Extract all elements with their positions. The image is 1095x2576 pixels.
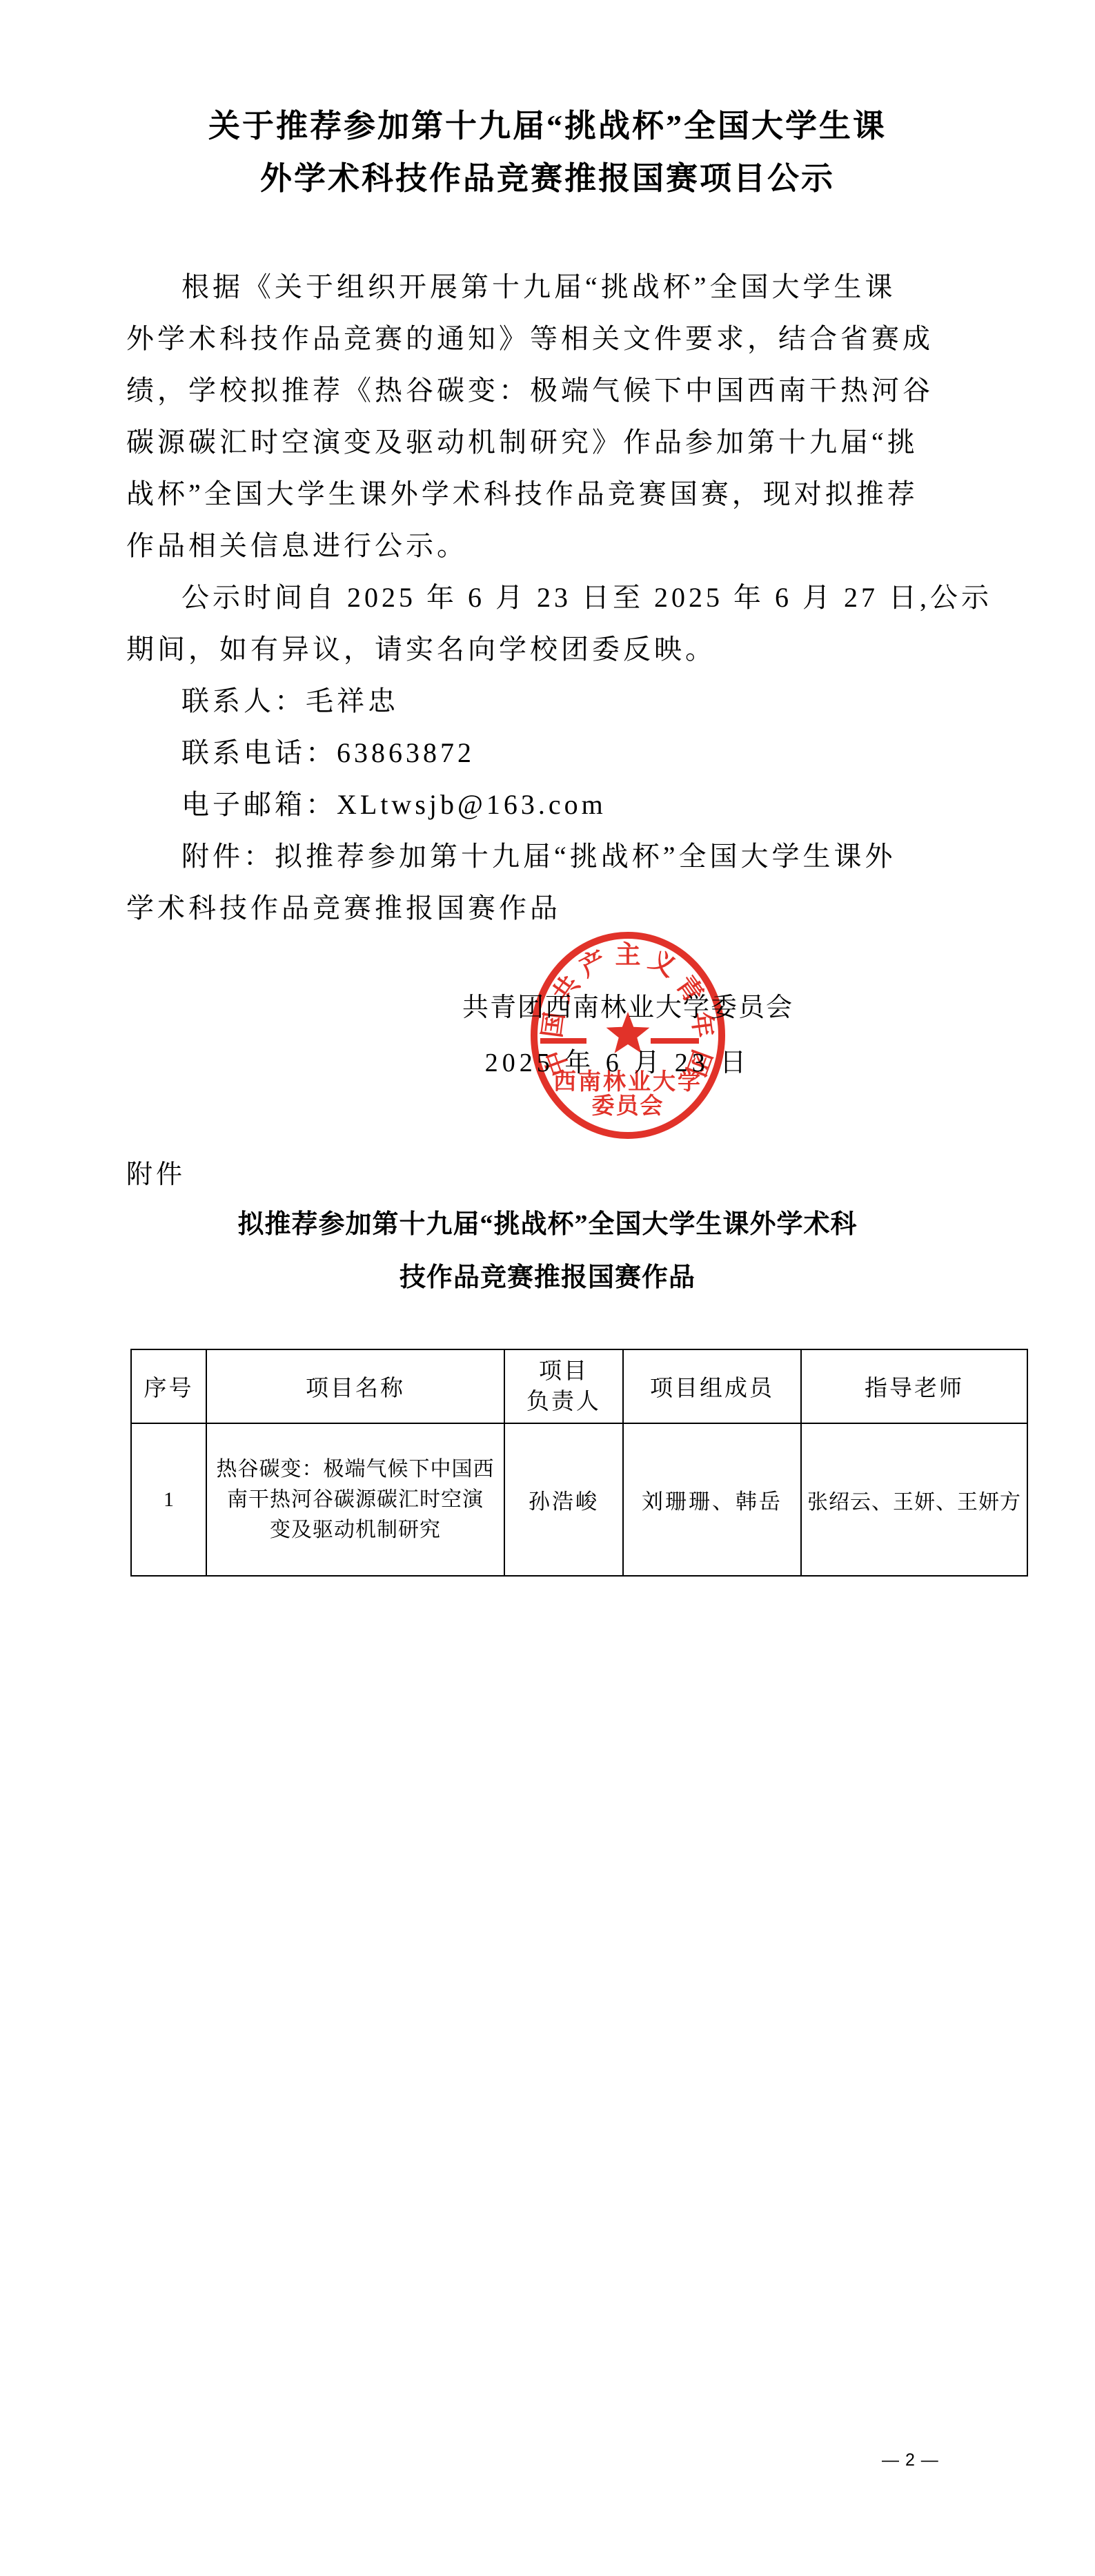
document-page: 关于推荐参加第十九届“挑战杯”全国大学生课 外学术科技作品竞赛推报国赛项目公示 … — [0, 0, 1095, 2576]
header-project-members: 项目组成员 — [623, 1349, 801, 1423]
header-project-name: 项目名称 — [206, 1349, 504, 1423]
contact-phone-line: 联系电话：63863872 — [126, 727, 982, 779]
header-project-leader: 项目 负责人 — [504, 1349, 623, 1423]
body-line: 公示时间自 2025 年 6 月 23 日至 2025 年 6 月 27 日,公… — [126, 572, 982, 623]
attachment-title-line-1: 拟推荐参加第十九届“挑战杯”全国大学生课外学术科 — [0, 1198, 1095, 1251]
projects-table: 序号 项目名称 项目 负责人 项目组成员 指导老师 1 热谷碳变：极端气候下中国… — [130, 1349, 1028, 1577]
issuer-signature: 共青团西南林业大学委员会 — [462, 993, 793, 1023]
seal-left-bar — [540, 1038, 586, 1044]
table-row: 1 热谷碳变：极端气候下中国西 南干热河谷碳源碳汇时空演 变及驱动机制研究 孙浩… — [131, 1423, 1027, 1576]
header-seq: 序号 — [131, 1349, 206, 1423]
body-line: 碳源碳汇时空演变及驱动机制研究》作品参加第十九届“挑 — [126, 416, 982, 468]
attachment-note-line: 学术科技作品竞赛推报国赛作品 — [126, 882, 982, 934]
cell-advisors: 张绍云、王妍、王妍方 — [801, 1423, 1027, 1576]
page-number: — 2 — — [882, 2450, 939, 2470]
body-line: 作品相关信息进行公示。 — [126, 520, 982, 572]
cell-project-name: 热谷碳变：极端气候下中国西 南干热河谷碳源碳汇时空演 变及驱动机制研究 — [206, 1423, 504, 1576]
svg-text:主: 主 — [615, 941, 641, 970]
attachment-title-line-2: 技作品竞赛推报国赛作品 — [0, 1251, 1095, 1305]
body-line: 期间，如有异议，请实名向学校团委反映。 — [126, 623, 982, 675]
cell-project-leader: 孙浩峻 — [504, 1423, 623, 1576]
seal-right-bar — [651, 1038, 699, 1044]
document-title-line-2: 外学术科技作品竞赛推报国赛项目公示 — [0, 153, 1095, 205]
document-title: 关于推荐参加第十九届“挑战杯”全国大学生课 外学术科技作品竞赛推报国赛项目公示 — [0, 100, 1095, 205]
attachment-label: 附件 — [126, 1160, 186, 1190]
header-advisors: 指导老师 — [801, 1349, 1027, 1423]
document-title-line-1: 关于推荐参加第十九届“挑战杯”全国大学生课 — [0, 100, 1095, 153]
body-line: 战杯”全国大学生课外学术科技作品竞赛国赛，现对拟推荐 — [126, 468, 982, 520]
seal-committee-text: 委员会 — [592, 1093, 664, 1119]
body-line: 外学术科技作品竞赛的通知》等相关文件要求，结合省赛成 — [126, 313, 982, 364]
contact-email-line: 电子邮箱：XLtwsjb@163.com — [126, 779, 982, 830]
cell-seq: 1 — [131, 1423, 206, 1576]
contact-person-line: 联系人：毛祥忠 — [126, 675, 982, 727]
document-body: 根据《关于组织开展第十九届“挑战杯”全国大学生课 外学术科技作品竞赛的通知》等相… — [126, 261, 982, 934]
body-line: 绩，学校拟推荐《热谷碳变：极端气候下中国西南干热河谷 — [126, 364, 982, 416]
attachment-note-line: 附件：拟推荐参加第十九届“挑战杯”全国大学生课外 — [126, 830, 982, 882]
attachment-title: 拟推荐参加第十九届“挑战杯”全国大学生课外学术科 技作品竞赛推报国赛作品 — [0, 1198, 1095, 1305]
issue-date: 2025 年 6 月 23 日 — [485, 1048, 751, 1078]
official-seal: 中 国 共 产 主 义 青 年 团 西南林业大学 委员会 — [528, 930, 728, 1141]
body-line: 根据《关于组织开展第十九届“挑战杯”全国大学生课 — [126, 261, 982, 313]
cell-project-members: 刘珊珊、韩岳 — [623, 1423, 801, 1576]
table-header-row: 序号 项目名称 项目 负责人 项目组成员 指导老师 — [131, 1349, 1027, 1423]
